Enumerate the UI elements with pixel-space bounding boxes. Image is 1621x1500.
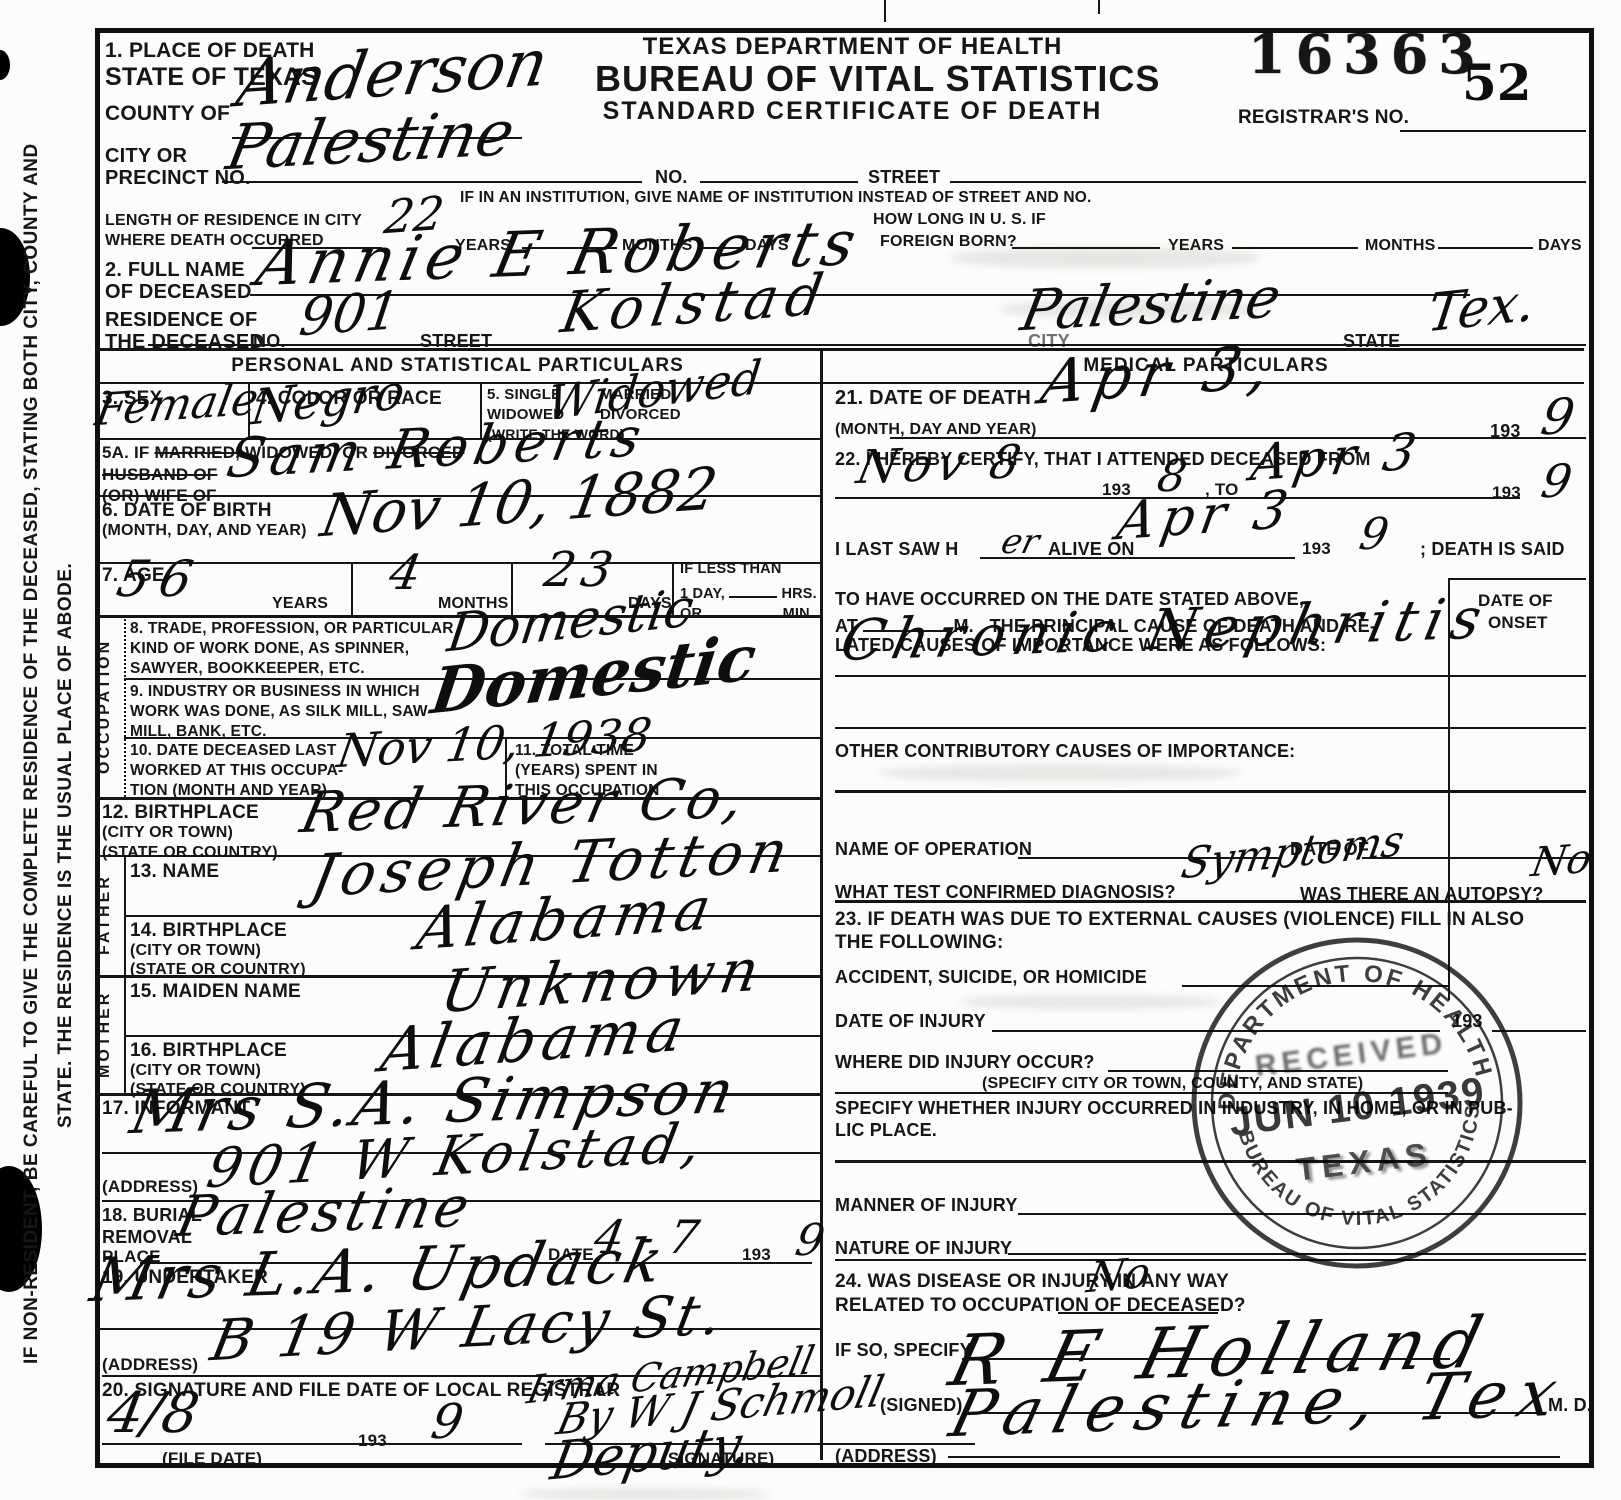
rule bbox=[835, 675, 1586, 677]
hole-punch bbox=[0, 50, 10, 80]
rule bbox=[835, 727, 1586, 729]
residence-street-value: Kolstad bbox=[558, 271, 834, 338]
rule bbox=[980, 557, 1295, 559]
date-of-death-value: Apr 3, bbox=[1037, 341, 1280, 409]
scan-mark bbox=[1098, 0, 1100, 14]
county-label: COUNTY OF bbox=[105, 103, 230, 125]
to-year-prefix: 193 bbox=[1492, 484, 1521, 502]
autopsy-value: No bbox=[1529, 842, 1594, 881]
rule bbox=[1448, 578, 1586, 580]
onset-label2: ONSET bbox=[1488, 614, 1548, 632]
us-years-label: YEARS bbox=[1168, 238, 1224, 255]
operation-label: NAME OF OPERATION bbox=[835, 840, 1032, 859]
where-injury-label: WHERE DID INJURY OCCUR? bbox=[835, 1053, 1095, 1072]
last-worked-label2: WORKED AT THIS OCCUPA- bbox=[130, 763, 343, 779]
us-days-label: DAYS bbox=[1538, 238, 1582, 255]
physician-address-label: (ADDRESS) bbox=[835, 1447, 937, 1466]
struck-husband-of: HUSBAND OF bbox=[102, 465, 217, 484]
residence-state-value: Tex. bbox=[1425, 280, 1538, 336]
physician-address-value: Palestine, Tex bbox=[945, 1366, 1574, 1442]
attended-to-value: Apr 3 bbox=[1248, 430, 1425, 485]
dob-label: 6. DATE OF BIRTH bbox=[102, 501, 272, 521]
rule-vertical bbox=[351, 562, 353, 615]
rule bbox=[1400, 130, 1586, 132]
date-of-death-label: 21. DATE OF DEATH bbox=[835, 388, 1031, 409]
manner-of-injury-label: MANNER OF INJURY bbox=[835, 1196, 1018, 1215]
margin-note-line2: STATE. THE RESIDENCE IS THE USUAL PLACE … bbox=[56, 225, 75, 1465]
last-saw-label1: I LAST SAW H bbox=[835, 540, 958, 559]
death-certificate-scan: IF NON-RESIDENT, BE CAREFUL TO GIVE THE … bbox=[0, 0, 1621, 1500]
rule bbox=[102, 1443, 522, 1445]
less-than-label3: OR MIN. bbox=[680, 602, 814, 622]
birthplace-label: 12. BIRTHPLACE bbox=[102, 803, 259, 823]
birthplace-note1: (CITY OR TOWN) bbox=[102, 825, 233, 842]
trade-label1: 8. TRADE, PROFESSION, OR PARTICULAR bbox=[130, 621, 454, 637]
rule bbox=[148, 344, 1586, 346]
related-value: No bbox=[1084, 1254, 1153, 1296]
occupation-vertical-label: OCCUPATION bbox=[97, 615, 123, 797]
rule bbox=[250, 294, 1470, 296]
father-birthplace-note1: (CITY OR TOWN) bbox=[130, 943, 261, 960]
rule bbox=[1012, 247, 1160, 249]
onset-label1: DATE OF bbox=[1478, 592, 1553, 610]
less-than-label2: 1 DAY, HRS. bbox=[680, 582, 817, 602]
fullname-label2: OF DECEASED bbox=[105, 282, 252, 303]
city-value: Palestine bbox=[223, 107, 519, 175]
mother-maiden-label: 15. MAIDEN NAME bbox=[130, 982, 301, 1002]
stamp-received-text: RECEIVED bbox=[1253, 1027, 1449, 1083]
industry-label1: 9. INDUSTRY OR BUSINESS IN WHICH bbox=[130, 684, 420, 700]
less-than-label1: IF LESS THAN bbox=[680, 562, 782, 577]
total-time-label1: 11. TOTAL TIME bbox=[515, 743, 634, 759]
registrar-number-value: 52 bbox=[1462, 62, 1532, 105]
age-months-value: 4 bbox=[386, 553, 424, 594]
street-label: STREET bbox=[868, 168, 940, 187]
if-so-specify-label: IF SO, SPECIFY bbox=[835, 1341, 972, 1360]
external-causes-label2: THE FOLLOWING: bbox=[835, 933, 1004, 953]
rule bbox=[948, 1456, 1560, 1458]
residence-label1: RESIDENCE OF bbox=[105, 310, 257, 331]
date-of-injury-label: DATE OF INJURY bbox=[835, 1012, 986, 1031]
related-label1: 24. WAS DISEASE OR INJURY IN ANY WAY bbox=[835, 1272, 1229, 1292]
column-divider bbox=[820, 348, 823, 1460]
residence-city-value: Palestine bbox=[1017, 274, 1284, 336]
fullname-label1: 2. FULL NAME bbox=[105, 260, 245, 281]
no-label: NO. bbox=[655, 168, 688, 187]
undertaker-address-label: (ADDRESS) bbox=[102, 1356, 198, 1374]
rule bbox=[95, 348, 1584, 351]
sex-value: Female bbox=[93, 380, 262, 429]
blank bbox=[729, 582, 777, 598]
last-saw-value: Apr 3 bbox=[1114, 487, 1297, 544]
accident-label: ACCIDENT, SUICIDE, OR HOMICIDE bbox=[835, 968, 1147, 987]
rule-vertical bbox=[124, 615, 126, 797]
dept-title: TEXAS DEPARTMENT OF HEALTH bbox=[595, 34, 1110, 59]
burial-place-value: Palestine bbox=[173, 1184, 477, 1242]
file-date-value: 4/8 bbox=[104, 1390, 203, 1438]
age-years-label: YEARS bbox=[272, 596, 328, 613]
label-part: 5A. IF bbox=[102, 443, 150, 462]
father-name-label: 13. NAME bbox=[130, 862, 219, 882]
age-years-value: 56 bbox=[113, 558, 206, 601]
nature-of-injury-label: NATURE OF INJURY bbox=[835, 1239, 1012, 1258]
rule bbox=[835, 900, 1586, 903]
us-length-label1: HOW LONG IN U. S. IF bbox=[873, 212, 1046, 229]
scan-mark bbox=[884, 0, 886, 22]
rule bbox=[222, 181, 642, 183]
registrar-no-label: REGISTRAR'S NO. bbox=[1238, 108, 1409, 128]
rule-vertical bbox=[124, 975, 126, 1093]
attended-from-value: Nov 8 bbox=[854, 442, 1030, 487]
city-or-label: CITY OR bbox=[105, 146, 187, 167]
label-part: HRS. bbox=[781, 586, 816, 602]
trade-label2: KIND OF WORK DONE, AS SPINNER, bbox=[130, 641, 409, 657]
trade-label3: SAWYER, BOOKKEEPER, ETC. bbox=[130, 661, 365, 677]
mother-birthplace-label: 16. BIRTHPLACE bbox=[130, 1041, 287, 1061]
saw-year-prefix: 193 bbox=[1302, 540, 1331, 558]
deputy-note: Deputy. bbox=[548, 1422, 755, 1484]
age-days-value: 23 bbox=[541, 550, 621, 591]
contributory-label: OTHER CONTRIBUTORY CAUSES OF IMPORTANCE: bbox=[835, 742, 1295, 761]
bureau-title: BUREAU OF VITAL STATISTICS bbox=[595, 60, 1110, 98]
certificate-title: STANDARD CERTIFICATE OF DEATH bbox=[595, 98, 1110, 124]
father-birthplace-label: 14. BIRTHPLACE bbox=[130, 921, 287, 941]
file-year-prefix: 193 bbox=[358, 1432, 387, 1450]
mother-vertical-label: MOTHER bbox=[97, 975, 123, 1093]
institution-note: IF IN AN INSTITUTION, GIVE NAME OF INSTI… bbox=[460, 190, 1092, 206]
residence-no-value: 901 bbox=[297, 289, 402, 341]
husband-of-label: HUSBAND OF bbox=[102, 466, 217, 484]
us-months-label: MONTHS bbox=[1365, 238, 1436, 255]
last-saw-label3: ; DEATH IS SAID bbox=[1420, 540, 1565, 559]
last-worked-label1: 10. DATE DECEASED LAST bbox=[130, 743, 337, 759]
rule bbox=[700, 181, 858, 183]
specify-label2: LIC PLACE. bbox=[835, 1121, 937, 1140]
last-saw-pronoun: er bbox=[998, 528, 1042, 557]
dob-note-label: (MONTH, DAY, AND YEAR) bbox=[102, 523, 307, 540]
industry-label2: WORK WAS DONE, AS SILK MILL, SAW bbox=[130, 704, 428, 720]
certificate-number: 16363 bbox=[1248, 26, 1486, 83]
rule bbox=[950, 181, 1586, 183]
rule bbox=[835, 790, 1586, 793]
rule bbox=[1438, 247, 1533, 249]
received-stamp: DEPARTMENT OF HEALTH BUREAU OF VITAL STA… bbox=[1162, 908, 1552, 1298]
margin-note-line1: IF NON-RESIDENT, BE CAREFUL TO GIVE THE … bbox=[22, 30, 41, 1478]
rule bbox=[1232, 247, 1358, 249]
father-vertical-label: FATHER bbox=[97, 855, 123, 975]
birthplace-note2: (STATE OR COUNTRY) bbox=[102, 845, 278, 862]
us-length-label2: FOREIGN BORN? bbox=[880, 234, 1017, 251]
label-part: MIN. bbox=[783, 606, 814, 622]
file-date-caption: (FILE DATE) bbox=[162, 1450, 262, 1468]
